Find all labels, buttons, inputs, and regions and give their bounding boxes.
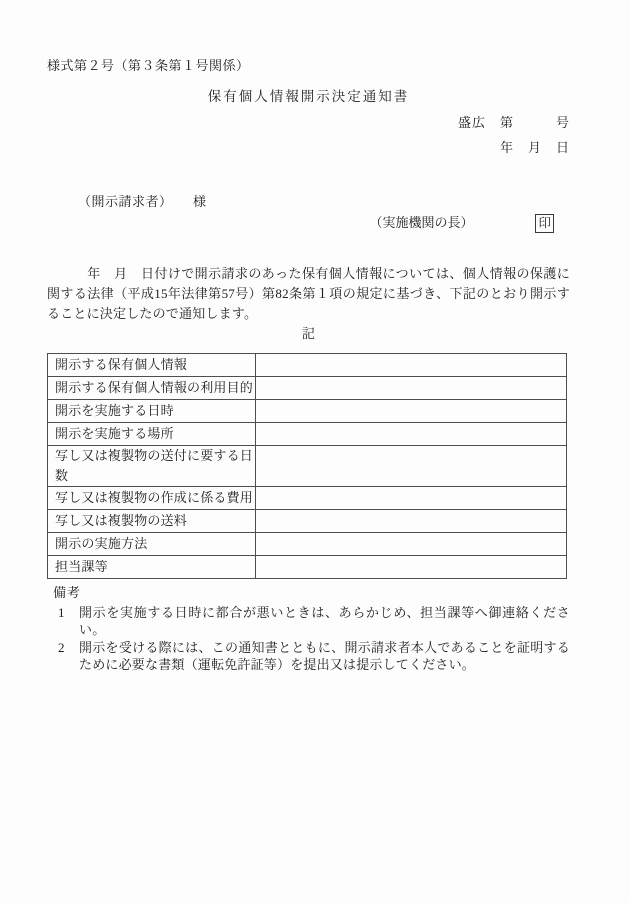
row-value <box>256 446 567 487</box>
row-label: 写し又は複製物の送料 <box>48 510 256 533</box>
row-value <box>256 487 567 510</box>
disclosure-table: 開示する保有個人情報 開示する保有個人情報の利用目的 開示を実施する日時 開示を… <box>47 353 567 579</box>
row-label: 開示の実施方法 <box>48 533 256 556</box>
issuer-label: （実施機関の長） <box>369 213 473 233</box>
body-paragraph: 年 月 日付けで開示請求のあった保有個人情報については、個人情報の保護に関する法… <box>47 264 570 324</box>
table-row: 開示の実施方法 <box>48 533 567 556</box>
row-value <box>256 533 567 556</box>
table-row: 開示を実施する日時 <box>48 400 567 423</box>
remark-text: 開示を実施する日時に都合が悪いときは、あらかじめ、担当課等へ御連絡ください。 <box>79 604 570 638</box>
row-label: 担当課等 <box>48 556 256 579</box>
table-row: 写し又は複製物の送付に要する日数 <box>48 446 567 487</box>
date-line: 年 月 日 <box>47 138 570 158</box>
issuer-row: （実施機関の長） 印 <box>47 213 570 233</box>
table-row: 開示する保有個人情報 <box>48 354 567 377</box>
document-page: 様式第２号（第３条第１号関係） 保有個人情報開示決定通知書 盛広 第 号 年 月… <box>0 0 630 903</box>
remark-item: 2 開示を受ける際には、この通知書とともに、開示請求者本人であることを証明するた… <box>53 639 570 673</box>
row-label: 写し又は複製物の作成に係る費用 <box>48 487 256 510</box>
row-label: 開示する保有個人情報 <box>48 354 256 377</box>
row-value <box>256 556 567 579</box>
remark-text: 開示を受ける際には、この通知書とともに、開示請求者本人であることを証明するために… <box>79 639 570 673</box>
row-label: 写し又は複製物の送付に要する日数 <box>48 446 256 487</box>
row-value <box>256 400 567 423</box>
row-value <box>256 377 567 400</box>
row-label: 開示する保有個人情報の利用目的 <box>48 377 256 400</box>
table-row: 写し又は複製物の送料 <box>48 510 567 533</box>
row-value <box>256 510 567 533</box>
remark-number: 1 <box>58 604 79 638</box>
document-number-block: 盛広 第 号 年 月 日 <box>47 113 570 158</box>
addressee-line: （開示請求者） 様 <box>47 192 570 212</box>
remark-number: 2 <box>58 639 79 673</box>
table-row: 開示を実施する場所 <box>48 423 567 446</box>
remarks-heading: 備考 <box>53 583 570 603</box>
table-row: 開示する保有個人情報の利用目的 <box>48 377 567 400</box>
row-value <box>256 423 567 446</box>
form-number: 様式第２号（第３条第１号関係） <box>47 56 570 76</box>
row-label: 開示を実施する日時 <box>48 400 256 423</box>
ki-heading: 記 <box>47 324 570 344</box>
seal-mark: 印 <box>535 214 554 233</box>
remark-item: 1 開示を実施する日時に都合が悪いときは、あらかじめ、担当課等へ御連絡ください。 <box>53 604 570 638</box>
doc-number-line: 盛広 第 号 <box>47 113 570 133</box>
table-row: 写し又は複製物の作成に係る費用 <box>48 487 567 510</box>
remarks-section: 備考 1 開示を実施する日時に都合が悪いときは、あらかじめ、担当課等へ御連絡くだ… <box>47 583 570 673</box>
row-value <box>256 354 567 377</box>
row-label: 開示を実施する場所 <box>48 423 256 446</box>
page-title: 保有個人情報開示決定通知書 <box>47 87 570 107</box>
table-row: 担当課等 <box>48 556 567 579</box>
